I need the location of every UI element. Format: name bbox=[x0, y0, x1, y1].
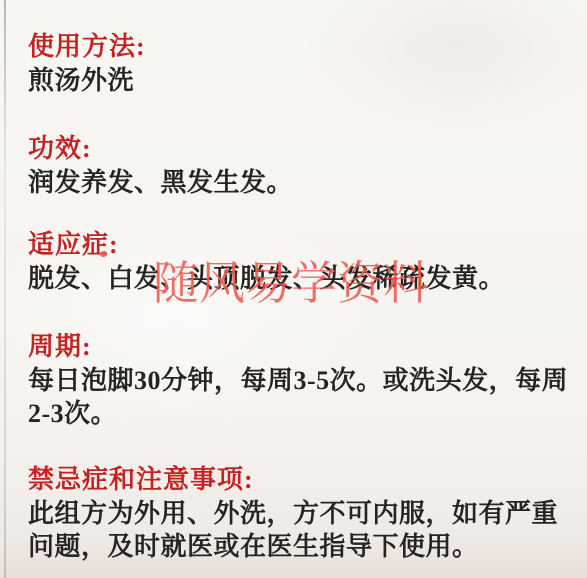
section-contraindications: 禁忌症和注意事项: 此组方为外用、外洗，方不可内服，如有严重问题，及时就医或在医… bbox=[28, 464, 573, 563]
section-heading: 禁忌症和注意事项: bbox=[28, 464, 573, 495]
section-usage: 使用方法: 煎汤外洗 bbox=[28, 31, 573, 97]
section-body: 此组方为外用、外洗，方不可内服，如有严重问题，及时就医或在医生指导下使用。 bbox=[28, 497, 573, 563]
section-indications: 适应症: 脱发、白发、头顶脱发、头发稀疏发黄。 bbox=[28, 229, 573, 295]
section-heading: 使用方法: bbox=[28, 31, 573, 62]
section-body: 润发养发、黑发生发。 bbox=[28, 166, 573, 199]
section-cycle: 周期: 每日泡脚30分钟，每周3-5次。或洗头发，每周2-3次。 bbox=[28, 331, 573, 430]
section-heading: 周期: bbox=[28, 331, 573, 362]
section-effect: 功效: 润发养发、黑发生发。 bbox=[28, 133, 573, 199]
section-heading: 功效: bbox=[28, 133, 573, 164]
instruction-sheet-page: 使用方法: 煎汤外洗 功效: 润发养发、黑发生发。 适应症: 脱发、白发、头顶脱… bbox=[0, 0, 587, 578]
page-edge-line bbox=[4, 0, 6, 578]
section-body: 脱发、白发、头顶脱发、头发稀疏发黄。 bbox=[28, 262, 573, 295]
section-body: 每日泡脚30分钟，每周3-5次。或洗头发，每周2-3次。 bbox=[28, 364, 573, 430]
section-heading: 适应症: bbox=[28, 229, 573, 260]
section-body: 煎汤外洗 bbox=[28, 64, 573, 97]
